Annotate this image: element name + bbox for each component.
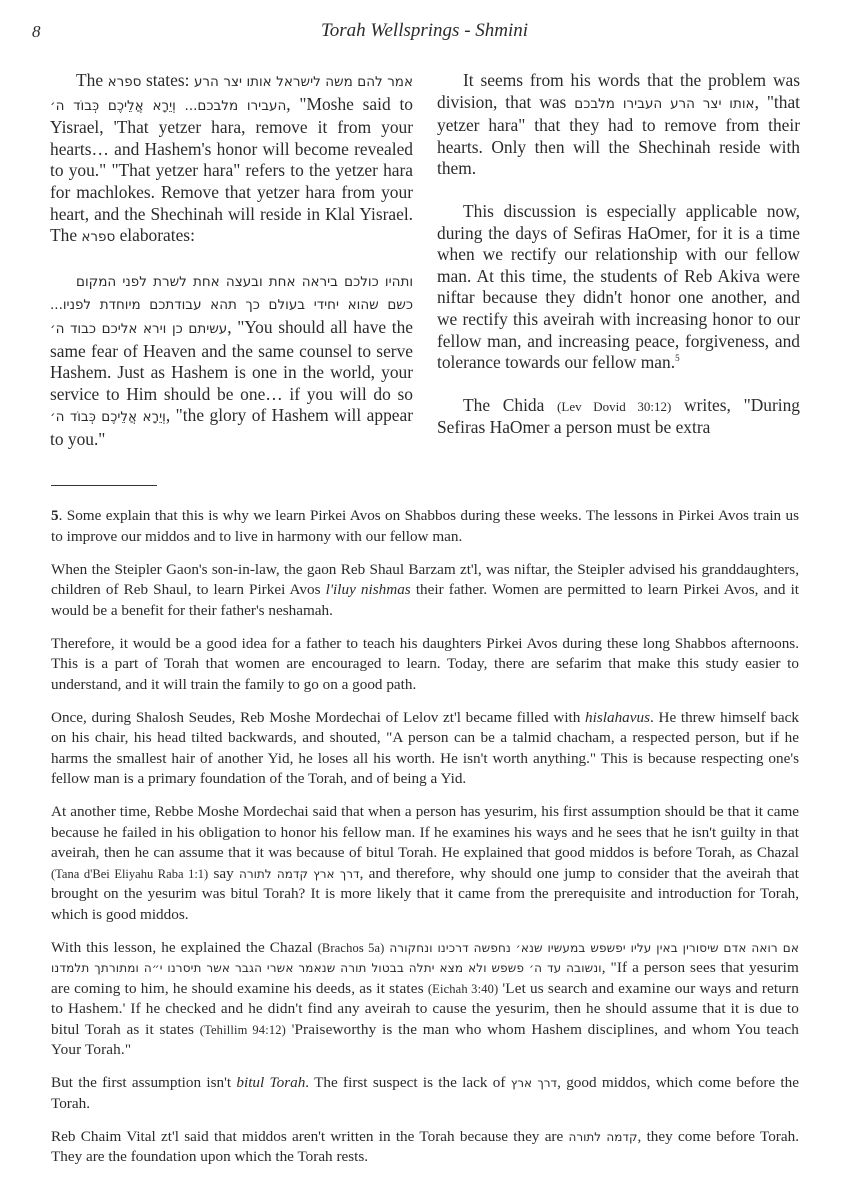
footnote-paragraph: At another time, Rebbe Moshe Mordechai s…: [51, 802, 799, 925]
source-citation: (Tana d'Bei Eliyahu Raba 1:1): [51, 867, 208, 881]
footnote-divider: [51, 485, 157, 486]
hebrew-text: ספרא: [108, 74, 142, 90]
paragraph: ותהיו כולכם ביראה אחת ובעצה אחת לשרת לפנ…: [50, 270, 413, 451]
source-citation: (Lev Dovid 30:12): [557, 399, 671, 414]
footnote-paragraph: Once, during Shalosh Seudes, Reb Moshe M…: [51, 708, 799, 790]
main-body: The ספרא states: אמר להם משה לישראל אותו…: [50, 70, 800, 472]
footnote-paragraph: With this lesson, he explained the Chaza…: [51, 938, 799, 1061]
footnotes-section: 5. Some explain that this is why we lear…: [51, 506, 799, 1180]
hebrew-quote: אותו יצר הרע העבירו מלבכם: [574, 96, 754, 112]
italic-term: l'iluy nishmas: [326, 581, 411, 598]
hebrew-term: קדמה לתורה: [569, 1130, 638, 1144]
paragraph: This discussion is especially applicable…: [437, 201, 800, 374]
right-column: It seems from his words that the problem…: [437, 70, 800, 472]
footnote-5: 5. Some explain that this is why we lear…: [51, 506, 799, 547]
hebrew-term: דרך ארץ: [511, 1076, 557, 1090]
footnote-paragraph: But the first assumption isn't bitul Tor…: [51, 1073, 799, 1114]
footnote-paragraph: When the Steipler Gaon's son-in-law, the…: [51, 560, 799, 622]
page-header: 8 Torah Wellsprings - Shmini: [32, 22, 817, 52]
running-title: Torah Wellsprings - Shmini: [32, 20, 817, 42]
italic-term: bitul Torah: [236, 1074, 305, 1091]
paragraph: The ספרא states: אמר להם משה לישראל אותו…: [50, 70, 413, 249]
source-citation: (Eichah 3:40): [428, 982, 498, 996]
hebrew-text: ספרא: [81, 229, 115, 245]
hebrew-quote: וְיֵרָא אֲלֵיכֶם כְּבוֹד ה׳: [50, 409, 166, 425]
footnote-paragraph: Therefore, it would be a good idea for a…: [51, 634, 799, 696]
source-citation: (Brachos 5a): [318, 941, 385, 955]
source-citation: (Tehillim 94:12): [200, 1023, 286, 1037]
footnote-number: 5: [51, 507, 59, 524]
footnote-reference[interactable]: 5: [675, 353, 680, 363]
paragraph: The Chida (Lev Dovid 30:12) writes, "Dur…: [437, 395, 800, 439]
footnote-paragraph: Reb Chaim Vital zt'l said that middos ar…: [51, 1127, 799, 1168]
left-column: The ספרא states: אמר להם משה לישראל אותו…: [50, 70, 413, 472]
italic-term: hislahavus: [585, 709, 650, 726]
hebrew-quote: דרך ארץ קדמה לתורה: [239, 867, 360, 881]
paragraph: It seems from his words that the problem…: [437, 70, 800, 180]
